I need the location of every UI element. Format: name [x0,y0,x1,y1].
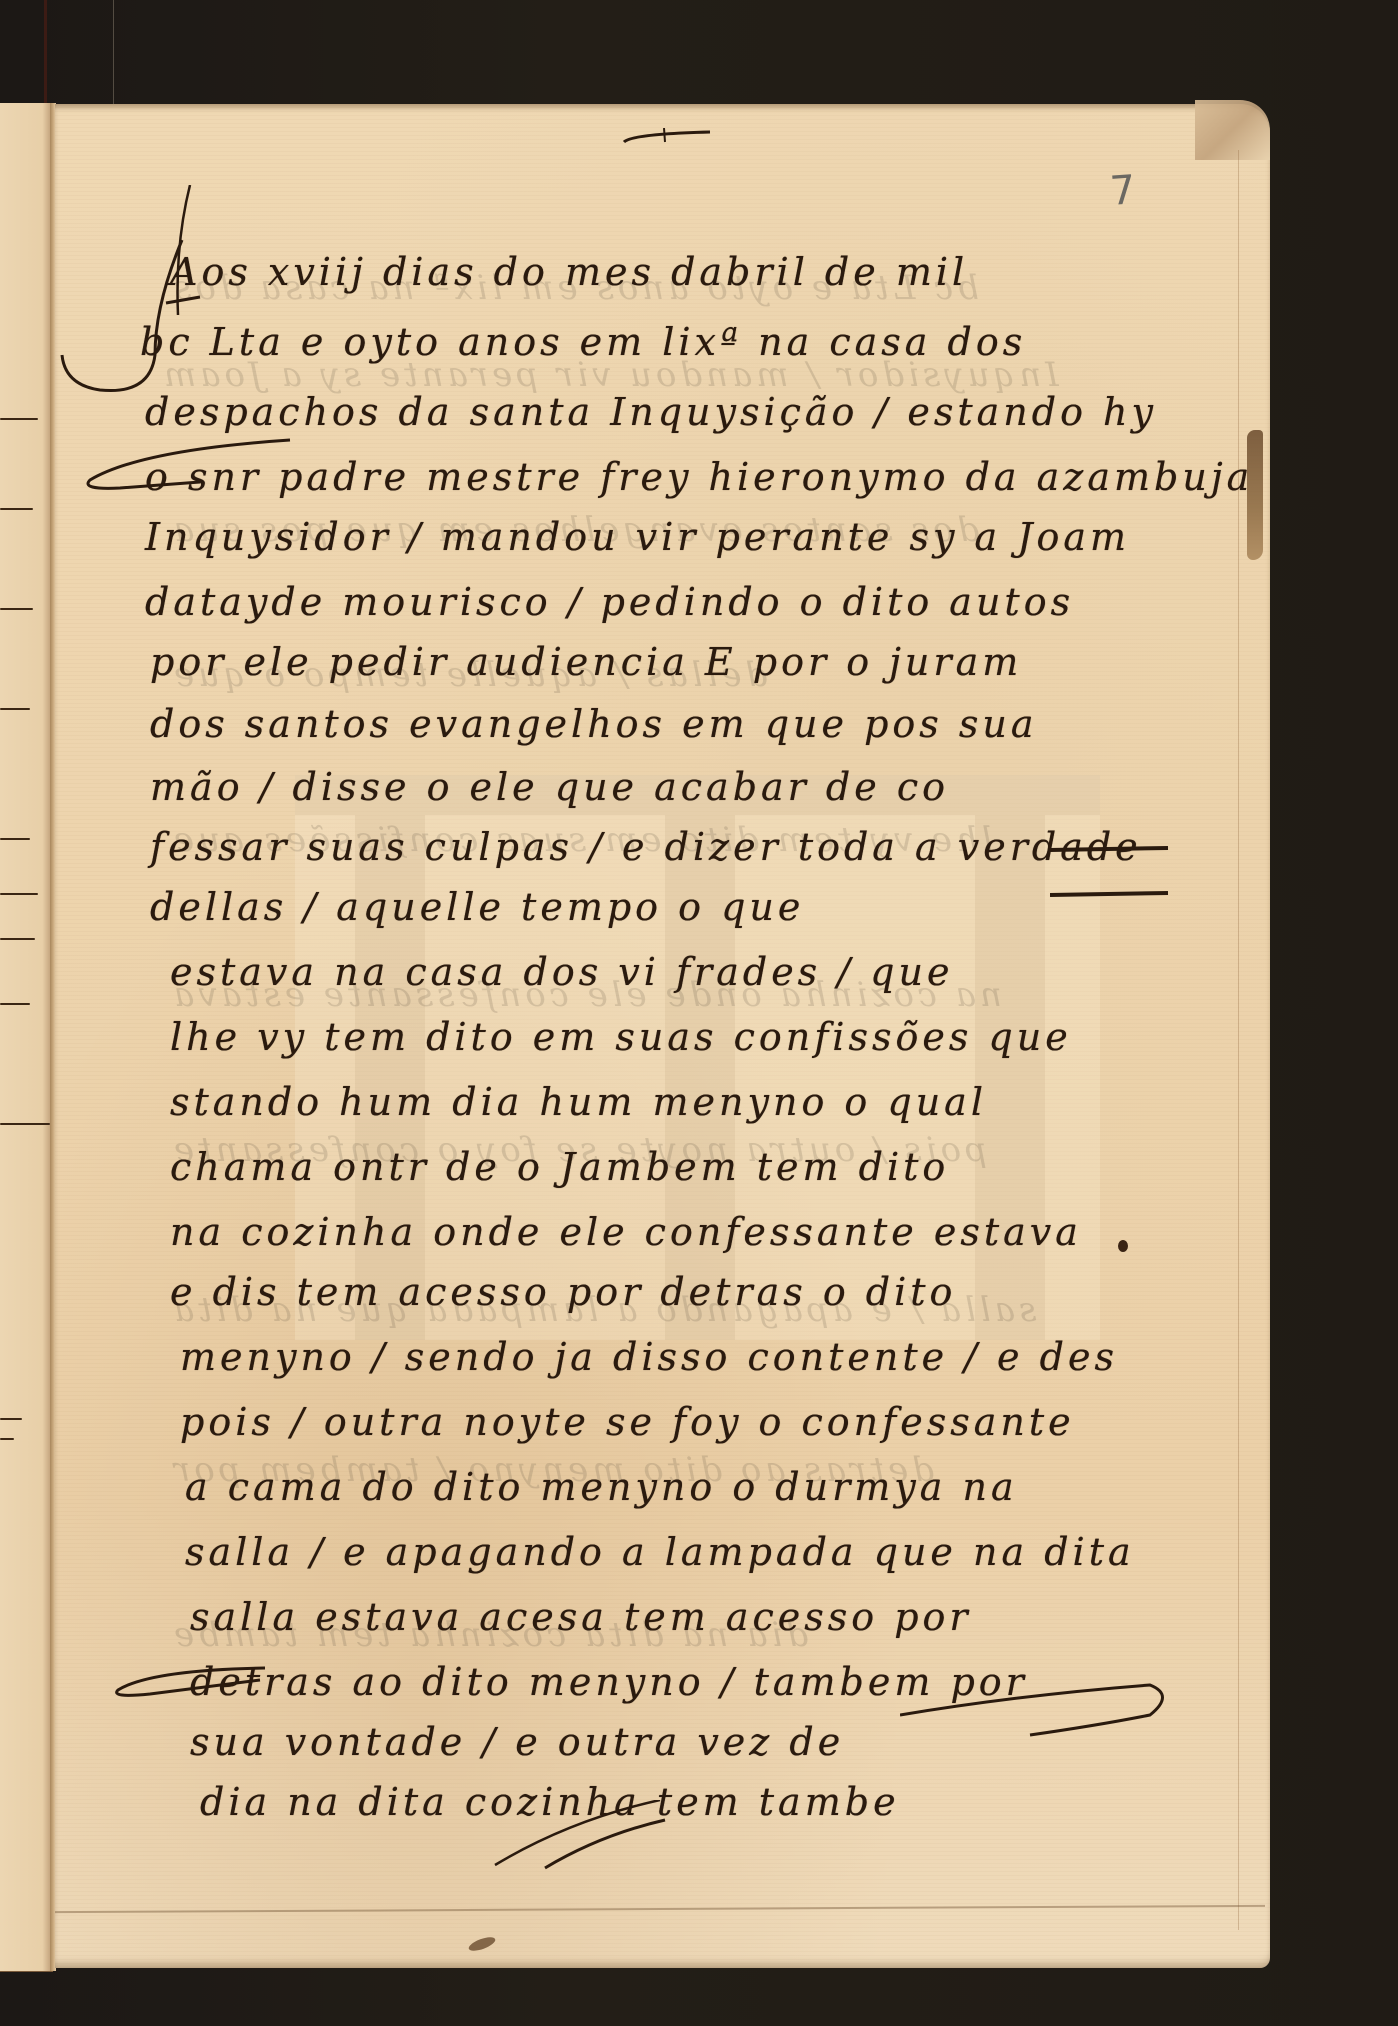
text-line: stando hum dia hum menyno o qual [170,1080,987,1124]
facing-page-ink-stroke [0,608,33,610]
text-line: na cozinha onde ele confessante estava [170,1210,1082,1254]
facing-page-ink-stroke [0,1438,14,1440]
text-line: fessar suas culpas / e dizer toda a verd… [150,825,1142,869]
cross-mark-icon [622,128,712,148]
text-line: por ele pedir audiencia E por o juram [150,640,1022,684]
folded-corner [1195,100,1270,160]
text-line: dos santos evangelhos em que pos sua [150,702,1038,746]
folio-number: 7 [1108,167,1137,215]
text-line: pois / outra noyte se foy o confessante [180,1400,1075,1444]
facing-page-ink-stroke [0,893,38,895]
facing-page-ink-stroke [0,708,30,710]
ink-dot [1118,1240,1128,1252]
facing-page-ink-stroke [0,1418,22,1420]
text-line: salla / e apagando a lampada que na dita [185,1530,1135,1574]
text-line: detras ao dito menyno / tambem por [190,1660,1028,1704]
text-line: mão / disse o ele que acabar de co [150,765,949,809]
text-line: datayde mourisco / pedindo o dito autos [145,580,1074,624]
text-line: despachos da santa Inquysição / estando … [145,390,1157,434]
text-line: e dis tem acesso por detras o dito [170,1270,956,1314]
margin-rule [1238,150,1239,1930]
text-line: menyno / sendo ja disso contente / e des [180,1335,1118,1379]
text-line: o snr padre mestre frey hieronymo da aza… [145,455,1253,499]
text-line: sua vontade / e outra vez de [190,1720,844,1764]
facing-page-ink-stroke [0,418,38,420]
facing-page-ink-stroke [0,1003,30,1005]
text-line: a cama do dito menyno o durmya na [185,1465,1018,1509]
text-line: lhe vy tem dito em suas confissões que [170,1015,1072,1059]
binding-thread [113,0,114,105]
text-line: Inquysidor / mandou vir perante sy a Joa… [145,515,1130,559]
text-line: dellas / aquelle tempo o que [150,885,804,929]
text-line: Aos xviij dias do mes dabril de mil [170,250,968,294]
facing-page-ink-stroke [0,938,35,940]
binding-thread [44,0,47,105]
text-line: estava na casa dos vi frades / que [170,950,953,994]
text-line: chama ontr de o Jambem tem dito [170,1145,949,1189]
text-line: dia na dita cozinha tem tambe [200,1780,900,1824]
facing-page-ink-stroke [0,838,30,840]
text-line: bc Lta e oyto anos em lixª na casa dos [140,320,1026,364]
facing-page-ink-stroke [0,1123,50,1125]
facing-page-edge [0,103,53,1972]
facing-page-ink-stroke [0,508,33,510]
text-line: salla estava acesa tem acesso por [190,1595,972,1639]
